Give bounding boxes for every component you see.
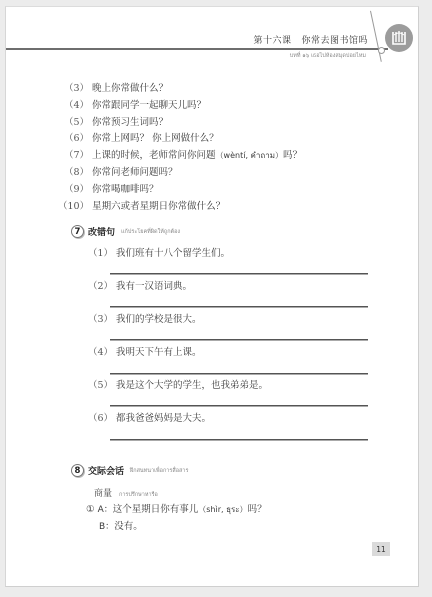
page-number: 11 [372, 542, 390, 556]
question-item: （9）你常喝咖啡吗？ [64, 182, 302, 199]
answer-line[interactable] [110, 439, 368, 441]
section-thai-subtitle: ฝึกสนทนาเพื่อการสื่อสาร [130, 467, 188, 475]
section-thai-subtitle: แก้ประโยคที่ผิดให้ถูกต้อง [121, 228, 180, 236]
question-item: （7）上课的时候，老师常问你问题（wèntí, คำถาม）吗？ [64, 148, 302, 165]
correction-item: （5）我是这个大学的学生，也我弟弟是。 [88, 377, 268, 391]
section-title: 交际会话 [88, 464, 124, 477]
speaker-label: B： [99, 522, 114, 532]
topic-thai: การปรึกษาหารือ [119, 491, 158, 499]
section-7-heading: 7 改错句 แก้ประโยคที่ผิดให้ถูกต้อง [71, 225, 180, 238]
dialogue-topic: 商量 การปรึกษาหารือ [94, 486, 158, 499]
answer-line[interactable] [110, 405, 368, 407]
question-list: （3）晚上你常做什么？ （4）你常跟同学一起聊天儿吗？ （5）你常预习生词吗？ … [64, 81, 302, 215]
section-title: 改错句 [88, 225, 115, 238]
lesson-title: 你常去图书馆吗 [301, 36, 368, 46]
header-rule [6, 48, 388, 50]
lesson-label: 第十六课 [253, 36, 291, 46]
question-item: （6）你常上网吗？ 你上网做什么？ [64, 131, 302, 148]
section-number-badge: 8 [71, 464, 84, 477]
dialogue-line-b: B：没有。 [99, 518, 143, 532]
library-emblem-icon [385, 24, 413, 52]
question-item: （8）你常问老师问题吗？ [64, 165, 302, 182]
correction-item: （4）我明天下午有上课。 [88, 344, 202, 358]
correction-item: （6）都我爸爸妈妈是大夫。 [88, 410, 211, 424]
header-thai-subtitle: บทที่ ๑๖ เธอไปห้องสมุดบ่อยไหม [290, 52, 366, 60]
textbook-page: 第十六课你常去图书馆吗 บทที่ ๑๖ เธอไปห้องสมุดบ่อยไห… [5, 6, 419, 587]
header-divider [370, 11, 382, 62]
dialogue-marker: ① [86, 504, 95, 515]
question-item: （5）你常预习生词吗？ [64, 115, 302, 132]
vocab-gloss: （wèntí, คำถาม） [216, 151, 283, 160]
section-number-badge: 7 [71, 225, 84, 238]
section-8-heading: 8 交际会话 ฝึกสนทนาเพื่อการสื่อสาร [71, 464, 188, 477]
dialogue-line-a: ① A：这个星期日你有事儿（shìr, ธุระ）吗？ [86, 501, 267, 516]
speaker-label: A： [98, 505, 113, 515]
correction-item: （1）我们班有十八个留学生们。 [88, 245, 230, 259]
correction-item: （2）我有一汉语词典。 [88, 278, 192, 292]
answer-line[interactable] [110, 273, 368, 275]
correction-item: （3）我们的学校是很大。 [88, 311, 202, 325]
answer-line[interactable] [110, 373, 368, 375]
topic-chinese: 商量 [94, 486, 112, 499]
answer-line[interactable] [110, 306, 368, 308]
question-item: （10）星期六或者星期日你常做什么？ [58, 199, 302, 216]
vocab-gloss: （shìr, ธุระ） [198, 505, 247, 514]
question-item: （4）你常跟同学一起聊天儿吗？ [64, 98, 302, 115]
answer-line[interactable] [110, 339, 368, 341]
question-item: （3）晚上你常做什么？ [64, 81, 302, 98]
header-title: 第十六课你常去图书馆吗 [253, 33, 368, 46]
header-dot [378, 47, 385, 54]
